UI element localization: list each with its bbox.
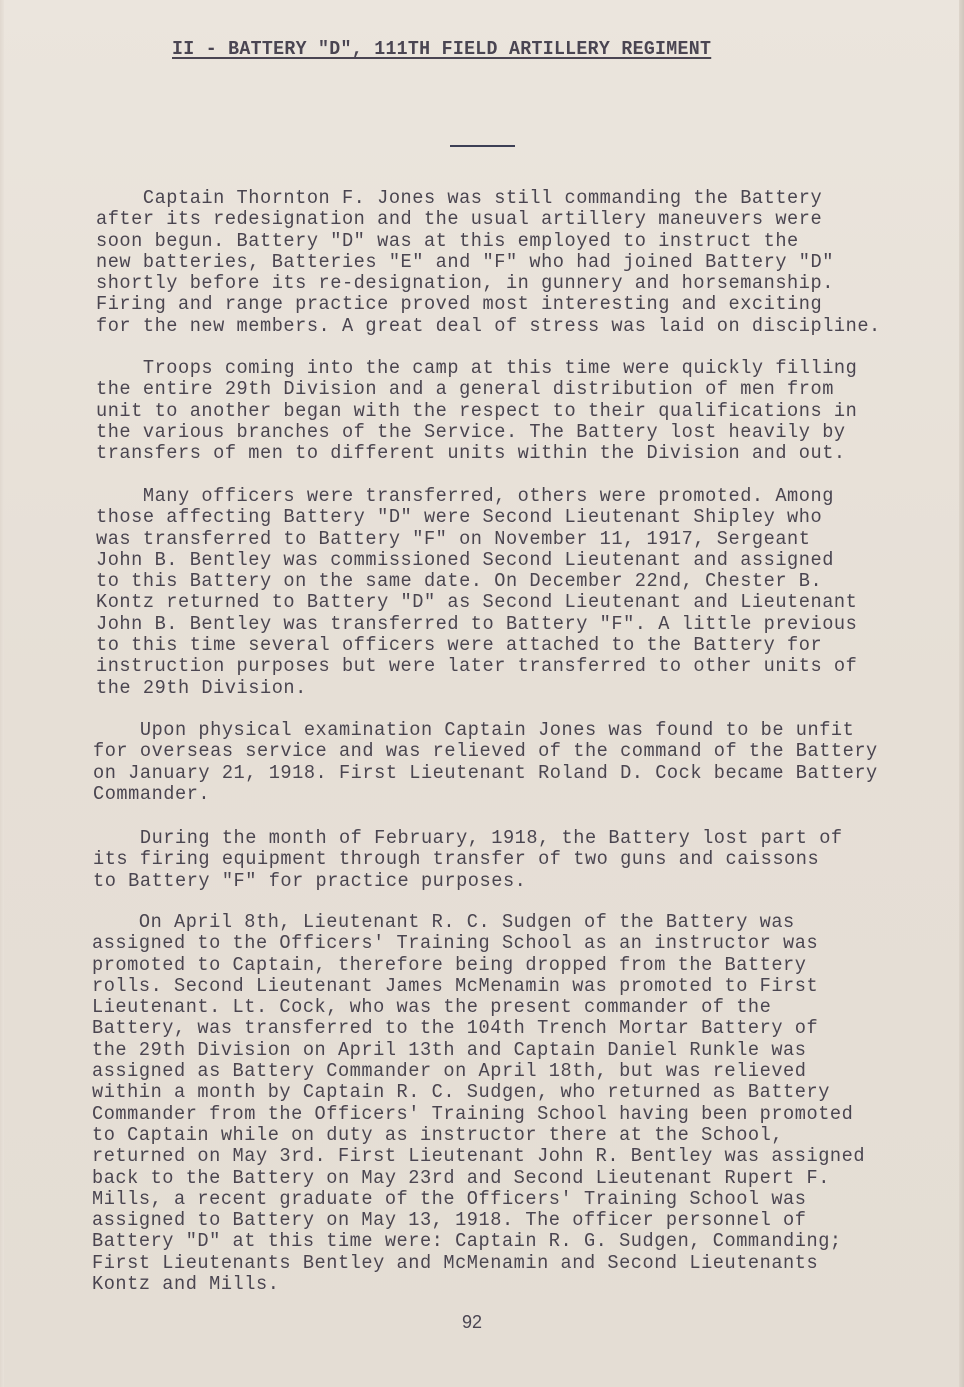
page-edge-left bbox=[0, 0, 4, 1387]
paragraph-6: On April 8th, Lieutenant R. C. Sudgen of… bbox=[92, 912, 865, 1295]
document-page: II - BATTERY "D", 111TH FIELD ARTILLERY … bbox=[0, 0, 964, 1387]
paragraph-5: During the month of February, 1918, the … bbox=[93, 828, 843, 892]
heading-divider bbox=[450, 145, 515, 147]
paragraph-4: Upon physical examination Captain Jones … bbox=[93, 720, 878, 805]
paragraph-3: Many officers were transferred, others w… bbox=[96, 486, 857, 699]
page-number: 92 bbox=[462, 1312, 482, 1333]
section-heading: II - BATTERY "D", 111TH FIELD ARTILLERY … bbox=[172, 38, 767, 60]
page-edge-right bbox=[959, 0, 964, 1387]
paragraph-1: Captain Thornton F. Jones was still comm… bbox=[96, 188, 881, 337]
paragraph-2: Troops coming into the camp at this time… bbox=[96, 358, 857, 464]
